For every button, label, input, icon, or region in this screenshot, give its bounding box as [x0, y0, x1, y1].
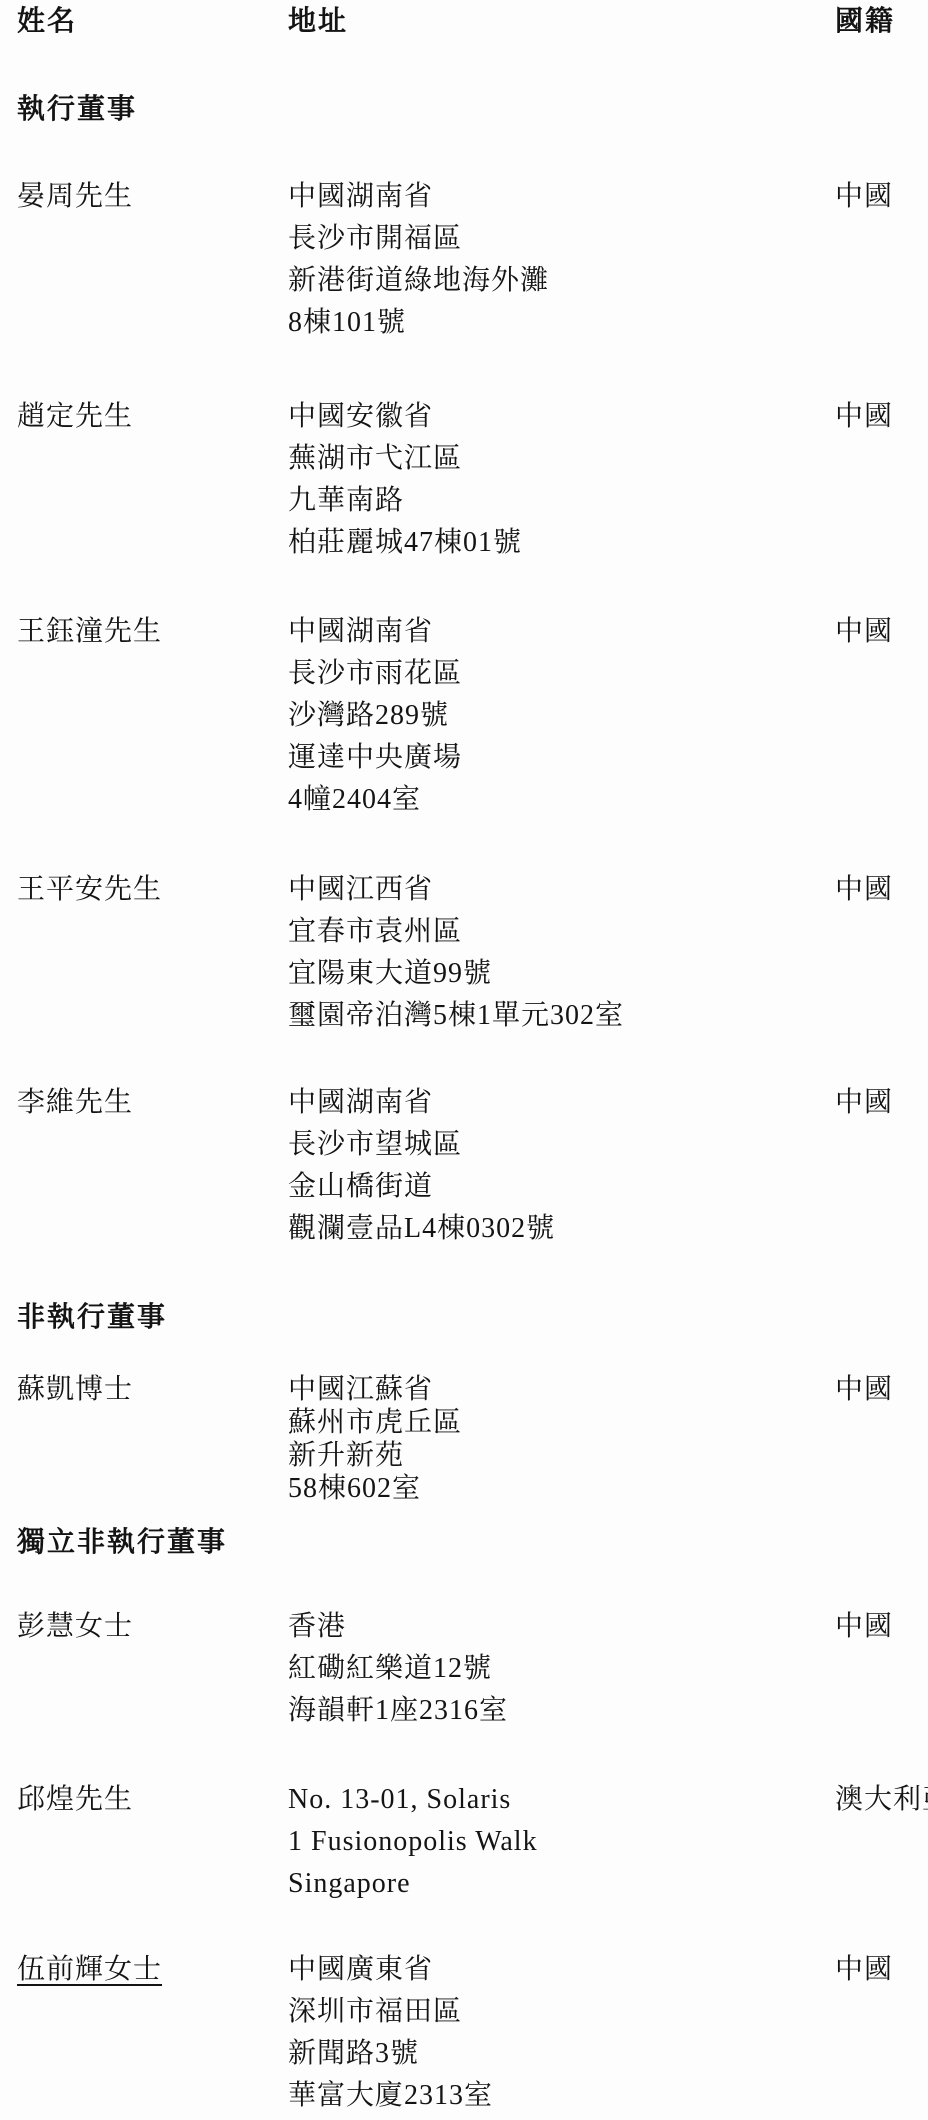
address-line: 8棟101號 [288, 302, 835, 344]
section-heading-executive-directors: 執行董事 [0, 88, 928, 130]
address-line: 柏莊麗城47棟01號 [288, 522, 835, 564]
director-address: 中國江蘇省 蘇州市虎丘區 新升新苑 58棟602室 [288, 1373, 835, 1505]
column-header-nationality: 國籍 [835, 0, 928, 42]
director-nationality: 中國 [835, 1606, 928, 1732]
address-line: 沙灣路289號 [288, 695, 835, 737]
address-line: 長沙市望城區 [288, 1124, 835, 1166]
director-nationality: 中國 [835, 176, 928, 344]
address-line: 金山橋街道 [288, 1166, 835, 1208]
address-line: 紅磡紅樂道12號 [288, 1648, 835, 1690]
table-row: 蘇凱博士 中國江蘇省 蘇州市虎丘區 新升新苑 58棟602室 中國 [0, 1373, 928, 1505]
director-address: 香港 紅磡紅樂道12號 海韻軒1座2316室 [288, 1606, 835, 1732]
address-line: 新升新苑 [288, 1439, 835, 1472]
director-address: 中國廣東省 深圳市福田區 新聞路3號 華富大廈2313室 [288, 1949, 835, 2117]
director-name: 王平安先生 [17, 869, 288, 1037]
address-line: 58棟602室 [288, 1472, 835, 1505]
address-line: 觀瀾壹品L4棟0302號 [288, 1208, 835, 1250]
address-line: 中國湖南省 [288, 176, 835, 218]
address-line: 中國湖南省 [288, 611, 835, 653]
director-nationality: 中國 [835, 1082, 928, 1250]
address-line: 香港 [288, 1606, 835, 1648]
address-line: 1 Fusionopolis Walk [288, 1821, 835, 1863]
address-line: 深圳市福田區 [288, 1991, 835, 2033]
table-row: 王平安先生 中國江西省 宜春市袁州區 宜陽東大道99號 璽園帝泊灣5棟1單元30… [0, 869, 928, 1037]
address-line: 九華南路 [288, 480, 835, 522]
column-header-address: 地址 [288, 0, 835, 42]
director-name: 彭慧女士 [17, 1606, 288, 1732]
section-heading-non-executive-directors: 非執行董事 [0, 1296, 928, 1338]
table-header-row: 姓名 地址 國籍 [0, 0, 928, 42]
address-line: Singapore [288, 1863, 835, 1905]
director-name: 李維先生 [17, 1082, 288, 1250]
table-row: 王鈺潼先生 中國湖南省 長沙市雨花區 沙灣路289號 運達中央廣場 4幢2404… [0, 611, 928, 821]
table-row: 晏周先生 中國湖南省 長沙市開福區 新港街道綠地海外灘 8棟101號 中國 [0, 176, 928, 344]
address-line: 中國湖南省 [288, 1082, 835, 1124]
director-name: 伍前輝女士 [17, 1949, 288, 2117]
table-row: 趙定先生 中國安徽省 蕪湖市弋江區 九華南路 柏莊麗城47棟01號 中國 [0, 396, 928, 564]
directors-table-page: 姓名 地址 國籍 執行董事 晏周先生 中國湖南省 長沙市開福區 新港街道綠地海外… [0, 0, 928, 2120]
director-name: 晏周先生 [17, 176, 288, 344]
address-line: 新港街道綠地海外灘 [288, 260, 835, 302]
director-name: 邱煌先生 [17, 1779, 288, 1905]
address-line: 運達中央廣場 [288, 737, 835, 779]
director-address: 中國安徽省 蕪湖市弋江區 九華南路 柏莊麗城47棟01號 [288, 396, 835, 564]
director-address: 中國湖南省 長沙市望城區 金山橋街道 觀瀾壹品L4棟0302號 [288, 1082, 835, 1250]
director-name: 趙定先生 [17, 396, 288, 564]
address-line: 中國安徽省 [288, 396, 835, 438]
section-heading-independent-non-executive-directors: 獨立非執行董事 [0, 1521, 928, 1563]
address-line: 長沙市開福區 [288, 218, 835, 260]
address-line: 宜陽東大道99號 [288, 953, 835, 995]
address-line: 蕪湖市弋江區 [288, 438, 835, 480]
address-line: 長沙市雨花區 [288, 653, 835, 695]
director-address: 中國江西省 宜春市袁州區 宜陽東大道99號 璽園帝泊灣5棟1單元302室 [288, 869, 835, 1037]
table-row: 李維先生 中國湖南省 長沙市望城區 金山橋街道 觀瀾壹品L4棟0302號 中國 [0, 1082, 928, 1250]
address-line: 新聞路3號 [288, 2033, 835, 2075]
director-nationality: 澳大利亞 [835, 1779, 928, 1905]
director-nationality: 中國 [835, 869, 928, 1037]
director-name: 王鈺潼先生 [17, 611, 288, 821]
address-line: 中國廣東省 [288, 1949, 835, 1991]
address-line: No. 13-01, Solaris [288, 1779, 835, 1821]
address-line: 宜春市袁州區 [288, 911, 835, 953]
director-address: No. 13-01, Solaris 1 Fusionopolis Walk S… [288, 1779, 835, 1905]
address-line: 華富大廈2313室 [288, 2075, 835, 2117]
director-nationality: 中國 [835, 1373, 928, 1505]
address-line: 4幢2404室 [288, 779, 835, 821]
address-line: 蘇州市虎丘區 [288, 1406, 835, 1439]
table-row: 彭慧女士 香港 紅磡紅樂道12號 海韻軒1座2316室 中國 [0, 1606, 928, 1732]
address-line: 中國江蘇省 [288, 1373, 835, 1406]
director-nationality: 中國 [835, 1949, 928, 2117]
address-line: 海韻軒1座2316室 [288, 1690, 835, 1732]
column-header-name: 姓名 [17, 0, 288, 42]
address-line: 中國江西省 [288, 869, 835, 911]
table-row: 邱煌先生 No. 13-01, Solaris 1 Fusionopolis W… [0, 1779, 928, 1905]
table-row: 伍前輝女士 中國廣東省 深圳市福田區 新聞路3號 華富大廈2313室 中國 [0, 1949, 928, 2117]
address-line: 璽園帝泊灣5棟1單元302室 [288, 995, 835, 1037]
director-name: 蘇凱博士 [17, 1373, 288, 1505]
director-nationality: 中國 [835, 396, 928, 564]
director-nationality: 中國 [835, 611, 928, 821]
director-address: 中國湖南省 長沙市開福區 新港街道綠地海外灘 8棟101號 [288, 176, 835, 344]
director-address: 中國湖南省 長沙市雨花區 沙灣路289號 運達中央廣場 4幢2404室 [288, 611, 835, 821]
